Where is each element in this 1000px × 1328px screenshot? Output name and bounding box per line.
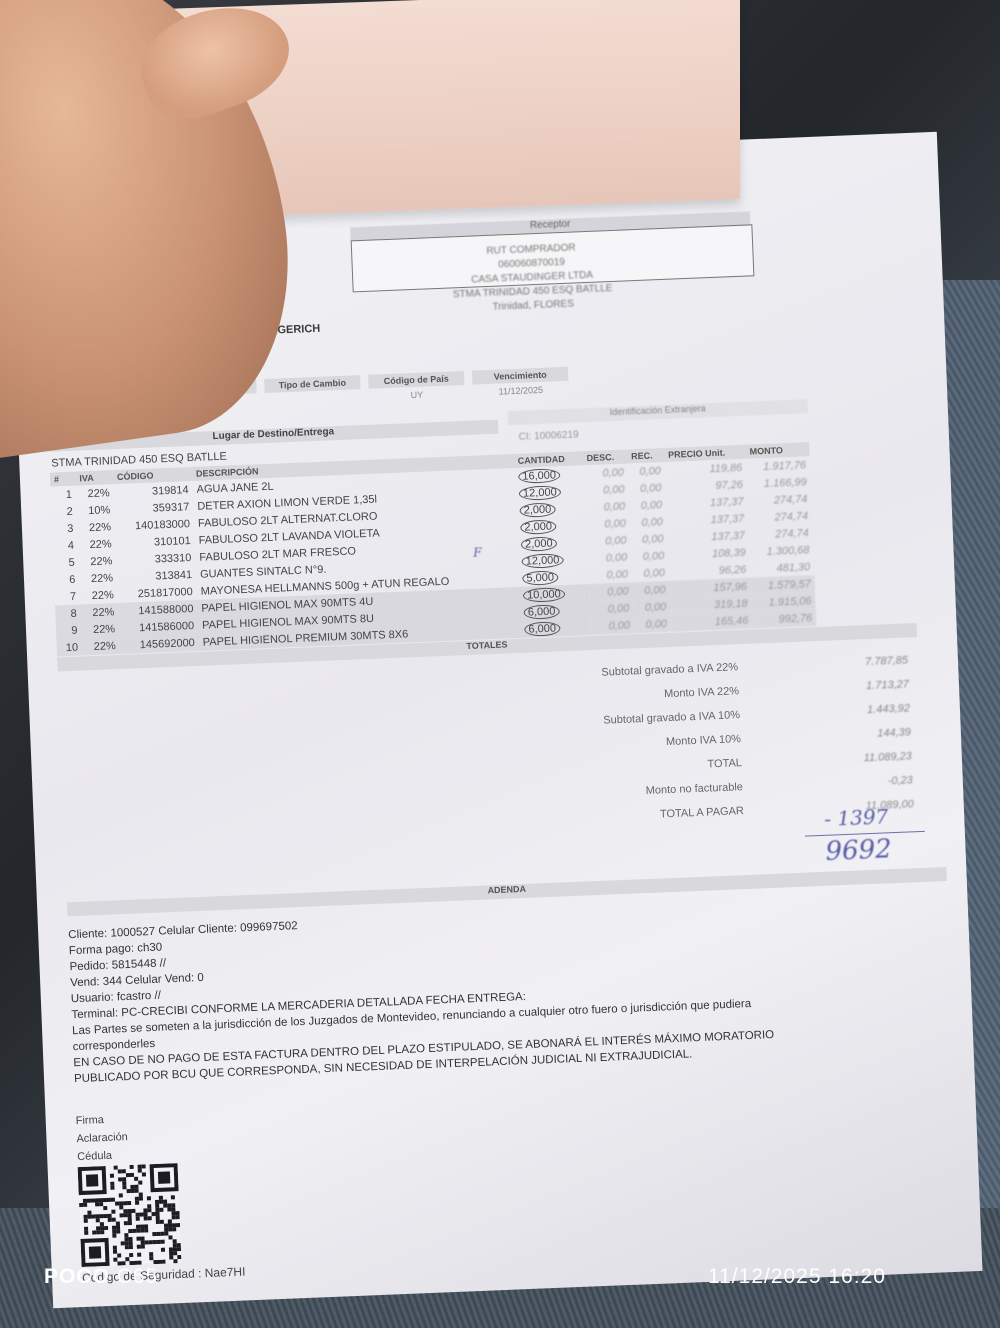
receptor-details: RUT COMPRADOR 060060870019 CASA STAUDING… (451, 240, 613, 316)
cell-iva: 22% (77, 518, 115, 536)
cell-n: 8 (55, 605, 81, 623)
items-table: #IVACÓDIGODESCRIPCIÓNCANTIDADDESC.REC.PR… (50, 442, 817, 656)
cell-disc: 0,00 (589, 616, 634, 635)
cell-rec: 0,00 (634, 615, 672, 633)
qty-circled: 2,000 (519, 502, 555, 517)
signature-fields: FirmaAclaraciónCédula (75, 1110, 128, 1166)
qty-circled: 2,000 (521, 536, 557, 551)
qty-circled: 6,000 (524, 621, 560, 636)
cell-disc: 0,00 (584, 480, 629, 499)
cell-n: 2 (51, 503, 77, 521)
cell-n: 3 (52, 520, 78, 538)
watermark-brand: POCO (44, 1265, 110, 1288)
signature-field-label: Aclaración (76, 1128, 128, 1148)
qty-circled: 10,000 (523, 587, 565, 603)
cell-disc: 0,00 (588, 599, 633, 618)
signature-field-label: Cédula (77, 1146, 129, 1166)
meta-codigo-pais: Código de PaísUY (368, 371, 465, 402)
handwritten-discount: - 1397 (824, 804, 889, 831)
meta-tipo-cambio: Tipo de Cambio (264, 375, 361, 406)
qty-circled: 12,000 (521, 553, 563, 569)
foreign-id-value: CI: 10006219 (518, 429, 578, 442)
cell-price: 165,46 (671, 612, 753, 632)
cell-qty: 6,000 (520, 618, 590, 638)
foreign-id-header: Identificación Extranjera (508, 399, 808, 425)
camera-watermark: POCO C65 (44, 1265, 158, 1289)
cell-iva: 22% (79, 569, 117, 587)
qty-circled: 5,000 (522, 570, 558, 585)
cell-rec: 0,00 (630, 530, 668, 548)
cell-rec: 0,00 (632, 581, 670, 599)
meta-vencimiento: Vencimiento11/12/2025 (472, 367, 569, 398)
cell-disc: 0,00 (586, 548, 631, 567)
cell-n: 7 (54, 588, 80, 606)
cell-iva: 22% (82, 637, 120, 655)
cell-rec: 0,00 (628, 479, 666, 497)
cell-rec: 0,00 (632, 564, 670, 582)
photo-timestamp: 11/12/2025 16:20 (708, 1265, 886, 1289)
qr-code (78, 1163, 182, 1267)
cell-n: 10 (56, 639, 82, 657)
cell-rec: 0,00 (629, 496, 667, 514)
cell-iva: 10% (76, 501, 114, 519)
cell-disc: 0,00 (584, 497, 629, 516)
column-header: REC. (627, 448, 665, 463)
cell-disc: 0,00 (587, 565, 632, 584)
signature-field-label: Firma (75, 1110, 127, 1130)
cell-iva: 22% (80, 603, 118, 621)
cell-iva: 22% (76, 484, 114, 502)
cell-n: 5 (53, 554, 79, 572)
qty-circled: 6,000 (524, 604, 560, 619)
qty-circled: 16,000 (518, 468, 560, 484)
cell-n: 1 (50, 486, 76, 504)
column-header: # (50, 472, 76, 487)
cell-iva: 22% (78, 552, 116, 570)
cell-amount: 992,76 (752, 609, 816, 629)
cell-disc: 0,00 (585, 514, 630, 533)
cell-disc: 0,00 (588, 582, 633, 601)
cell-rec: 0,00 (631, 547, 669, 565)
cell-n: 6 (54, 571, 80, 589)
watermark-model: C65 (117, 1265, 159, 1288)
cell-disc: 0,00 (586, 531, 631, 550)
cell-n: 4 (52, 537, 78, 555)
handwritten-f-mark: F (473, 545, 482, 559)
cell-code: 145692000 (119, 634, 199, 654)
cell-iva: 22% (80, 586, 118, 604)
cell-rec: 0,00 (627, 462, 665, 480)
qty-circled: 12,000 (519, 485, 561, 501)
adenda-block: Cliente: 1000527 Celular Cliente: 099697… (68, 899, 775, 1087)
cell-disc: 0,00 (583, 463, 628, 482)
cell-rec: 0,00 (633, 598, 671, 616)
cell-iva: 22% (78, 535, 116, 553)
cell-iva: 22% (81, 620, 119, 638)
cell-n: 9 (56, 622, 82, 640)
column-header: IVA (75, 470, 113, 485)
cell-rec: 0,00 (629, 513, 667, 531)
handwritten-result: 9692 (825, 834, 892, 867)
qty-circled: 2,000 (520, 519, 556, 534)
